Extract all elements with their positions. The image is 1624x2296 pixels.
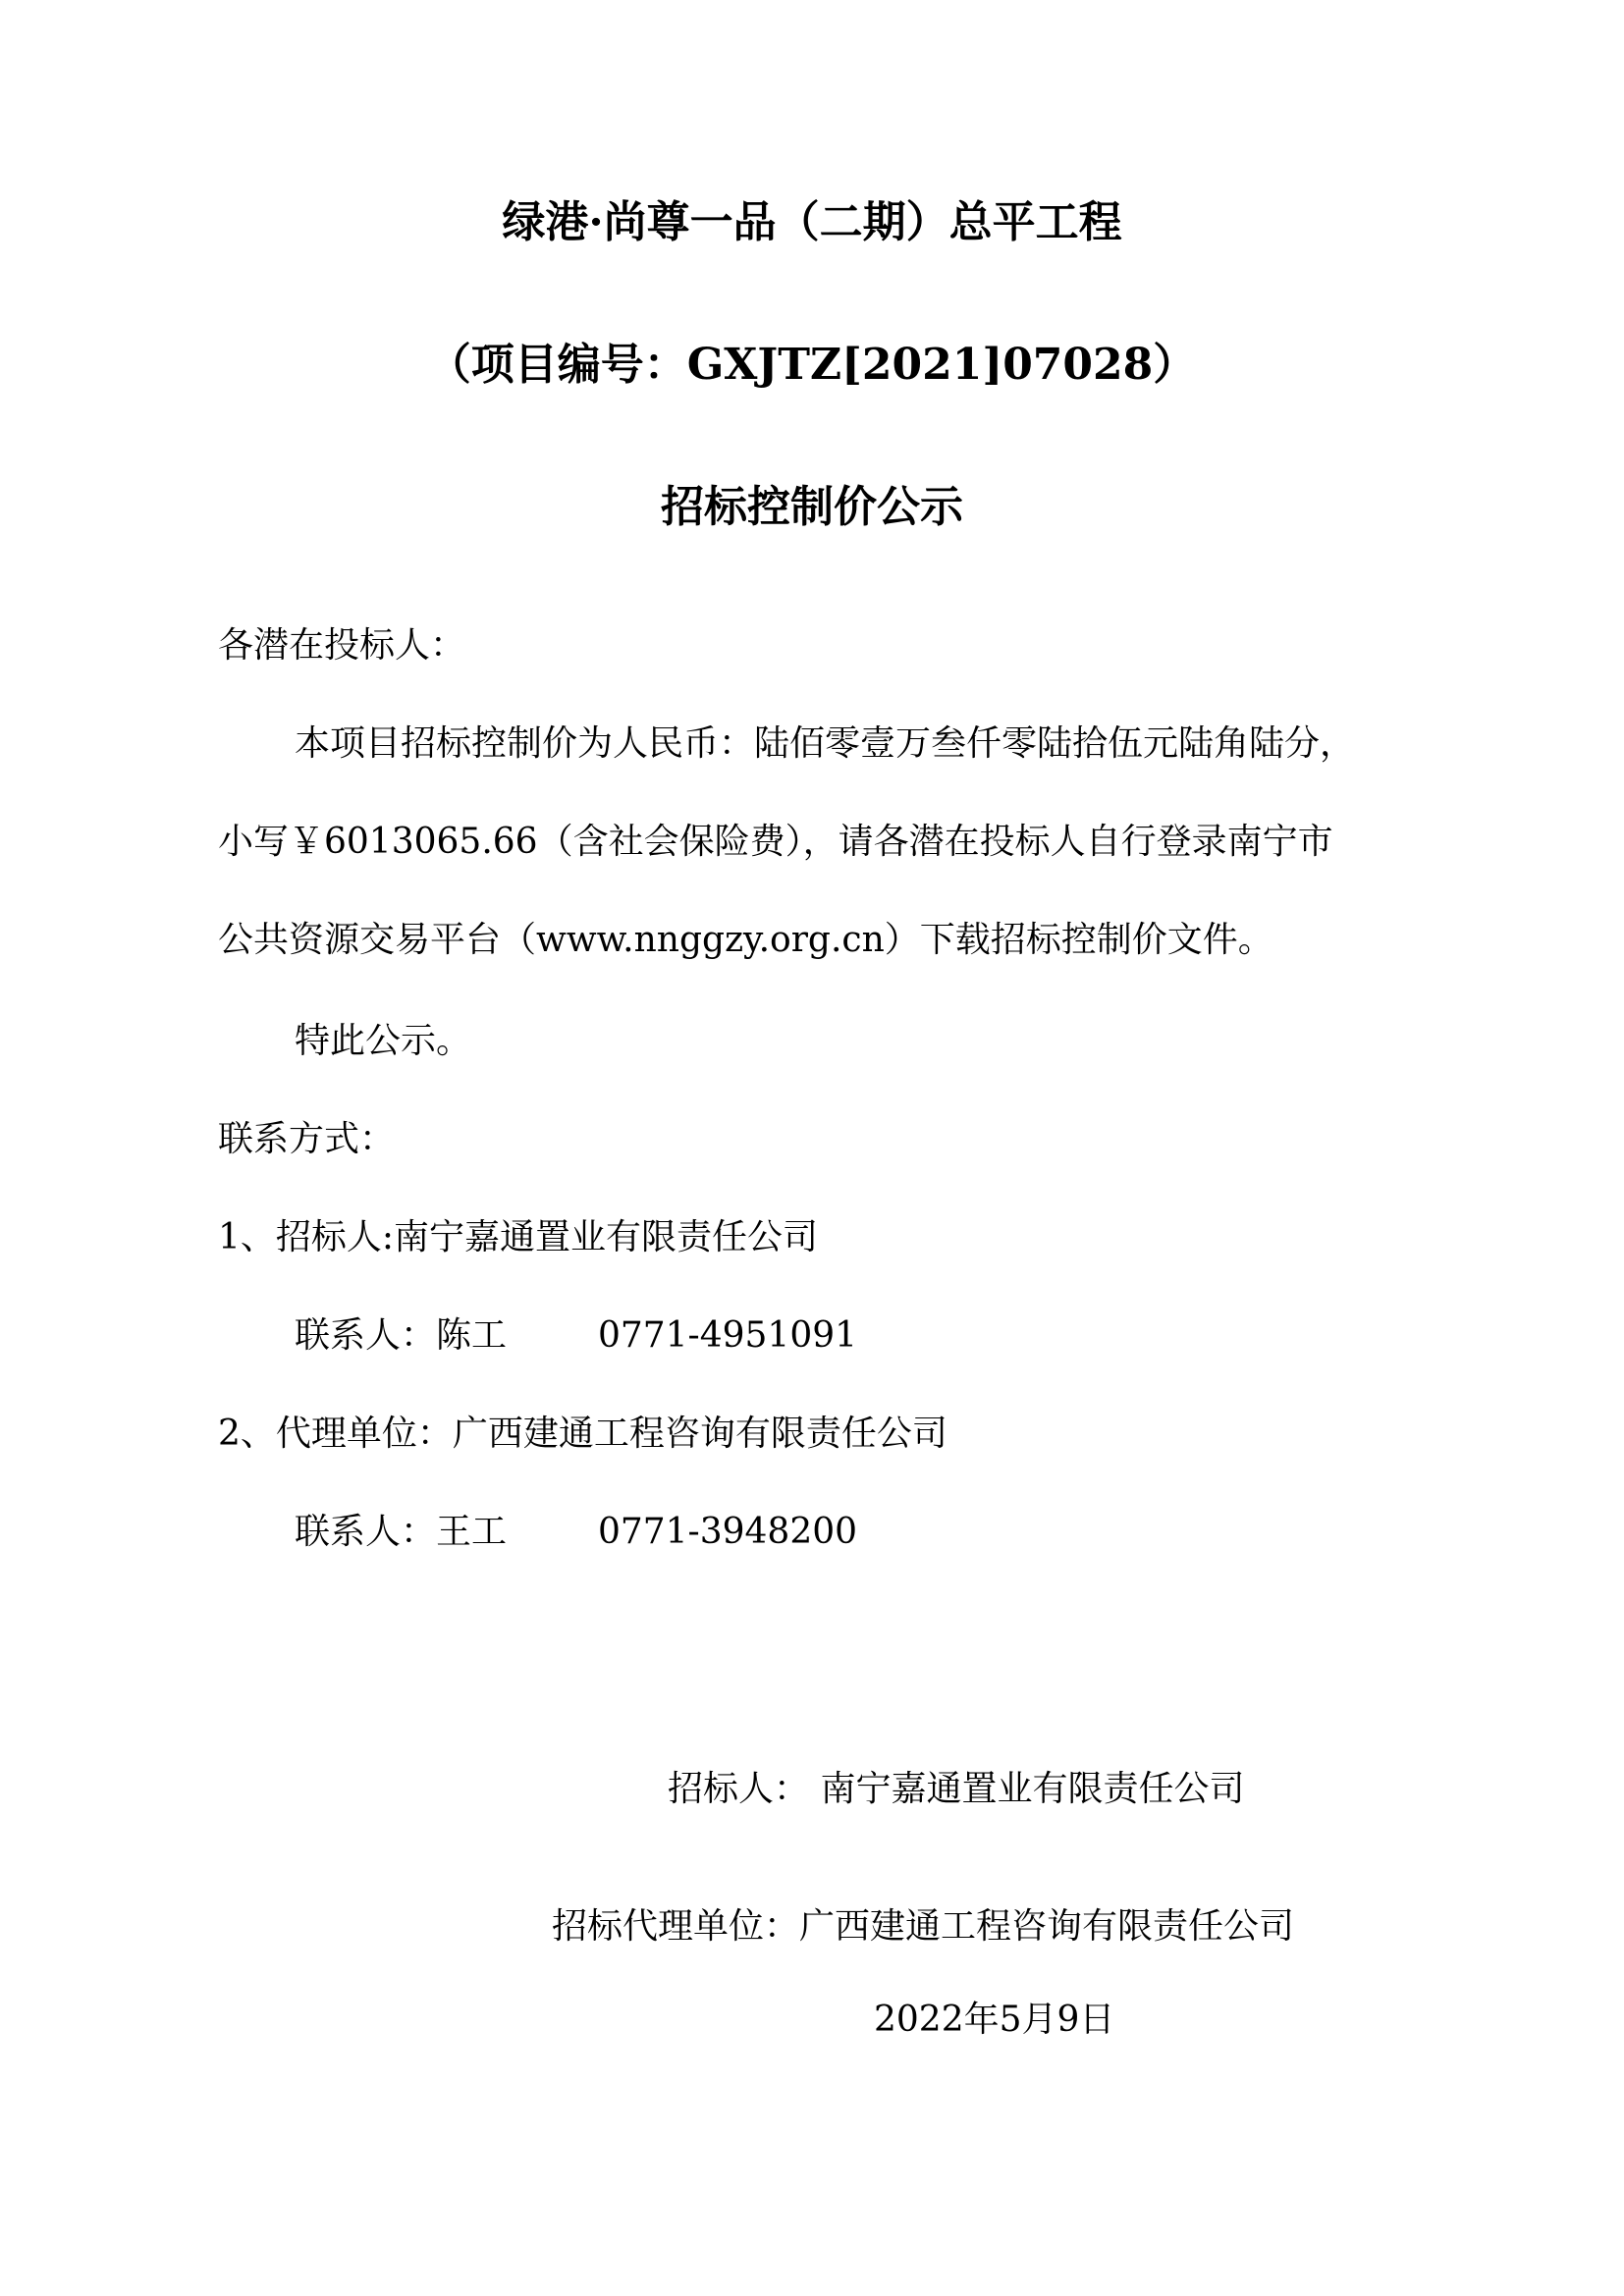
contact-1-label: 1、招标人: xyxy=(218,1217,394,1257)
contact-1-phone: 0771-4951091 xyxy=(598,1315,857,1356)
contact-1-org: 南宁嘉通置业有限责任公司 xyxy=(394,1217,818,1257)
contact-1-person-line: 联系人：陈工 0771-4951091 xyxy=(295,1318,857,1354)
contact-2-person-line: 联系人：王工 0771-3948200 xyxy=(295,1515,857,1550)
body-line-3: 公共资源交易平台（www.nnggzy.org.cn）下载招标控制价文件。 xyxy=(218,923,1273,958)
notice-title: 招标控制价公示 xyxy=(0,486,1624,529)
salutation: 各潜在投标人： xyxy=(218,628,465,664)
contact-1-person: 陈工 xyxy=(436,1315,507,1356)
signature-tenderer: 招标人： 南宁嘉通置业有限责任公司 xyxy=(668,1772,1244,1807)
signature-agent-label: 招标代理单位： xyxy=(552,1906,799,1947)
body-line-1: 本项目招标控制价为人民币：陆佰零壹万叁仟零陆拾伍元陆角陆分， xyxy=(295,726,1355,762)
contact-2-person: 王工 xyxy=(436,1512,507,1552)
signature-agent: 招标代理单位：广西建通工程咨询有限责任公司 xyxy=(552,1909,1294,1945)
contact-2-line: 2、代理单位：广西建通工程咨询有限责任公司 xyxy=(218,1416,947,1452)
signature-agent-name: 广西建通工程咨询有限责任公司 xyxy=(799,1906,1294,1947)
document-title: 绿港·尚尊一品（二期）总平工程 xyxy=(0,201,1624,244)
contact-2-label: 2、代理单位： xyxy=(218,1414,453,1454)
closing-text: 特此公示。 xyxy=(295,1024,471,1059)
contact-1-line: 1、招标人:南宁嘉通置业有限责任公司 xyxy=(218,1220,818,1255)
contact-2-phone: 0771-3948200 xyxy=(598,1512,857,1552)
signature-tenderer-name: 南宁嘉通置业有限责任公司 xyxy=(820,1769,1244,1809)
contact-1-person-label: 联系人： xyxy=(295,1315,436,1356)
signature-date: 2022年5月9日 xyxy=(874,2002,1114,2038)
project-number: （项目编号：GXJTZ[2021]07028） xyxy=(0,344,1624,387)
signature-tenderer-label: 招标人： xyxy=(668,1769,809,1809)
contact-header: 联系方式： xyxy=(218,1122,395,1157)
body-line-2: 小写￥6013065.66（含社会保险费），请各潜在投标人自行登录南宁市 xyxy=(218,825,1333,860)
contact-2-person-label: 联系人： xyxy=(295,1512,436,1552)
contact-2-org: 广西建通工程咨询有限责任公司 xyxy=(453,1414,947,1454)
